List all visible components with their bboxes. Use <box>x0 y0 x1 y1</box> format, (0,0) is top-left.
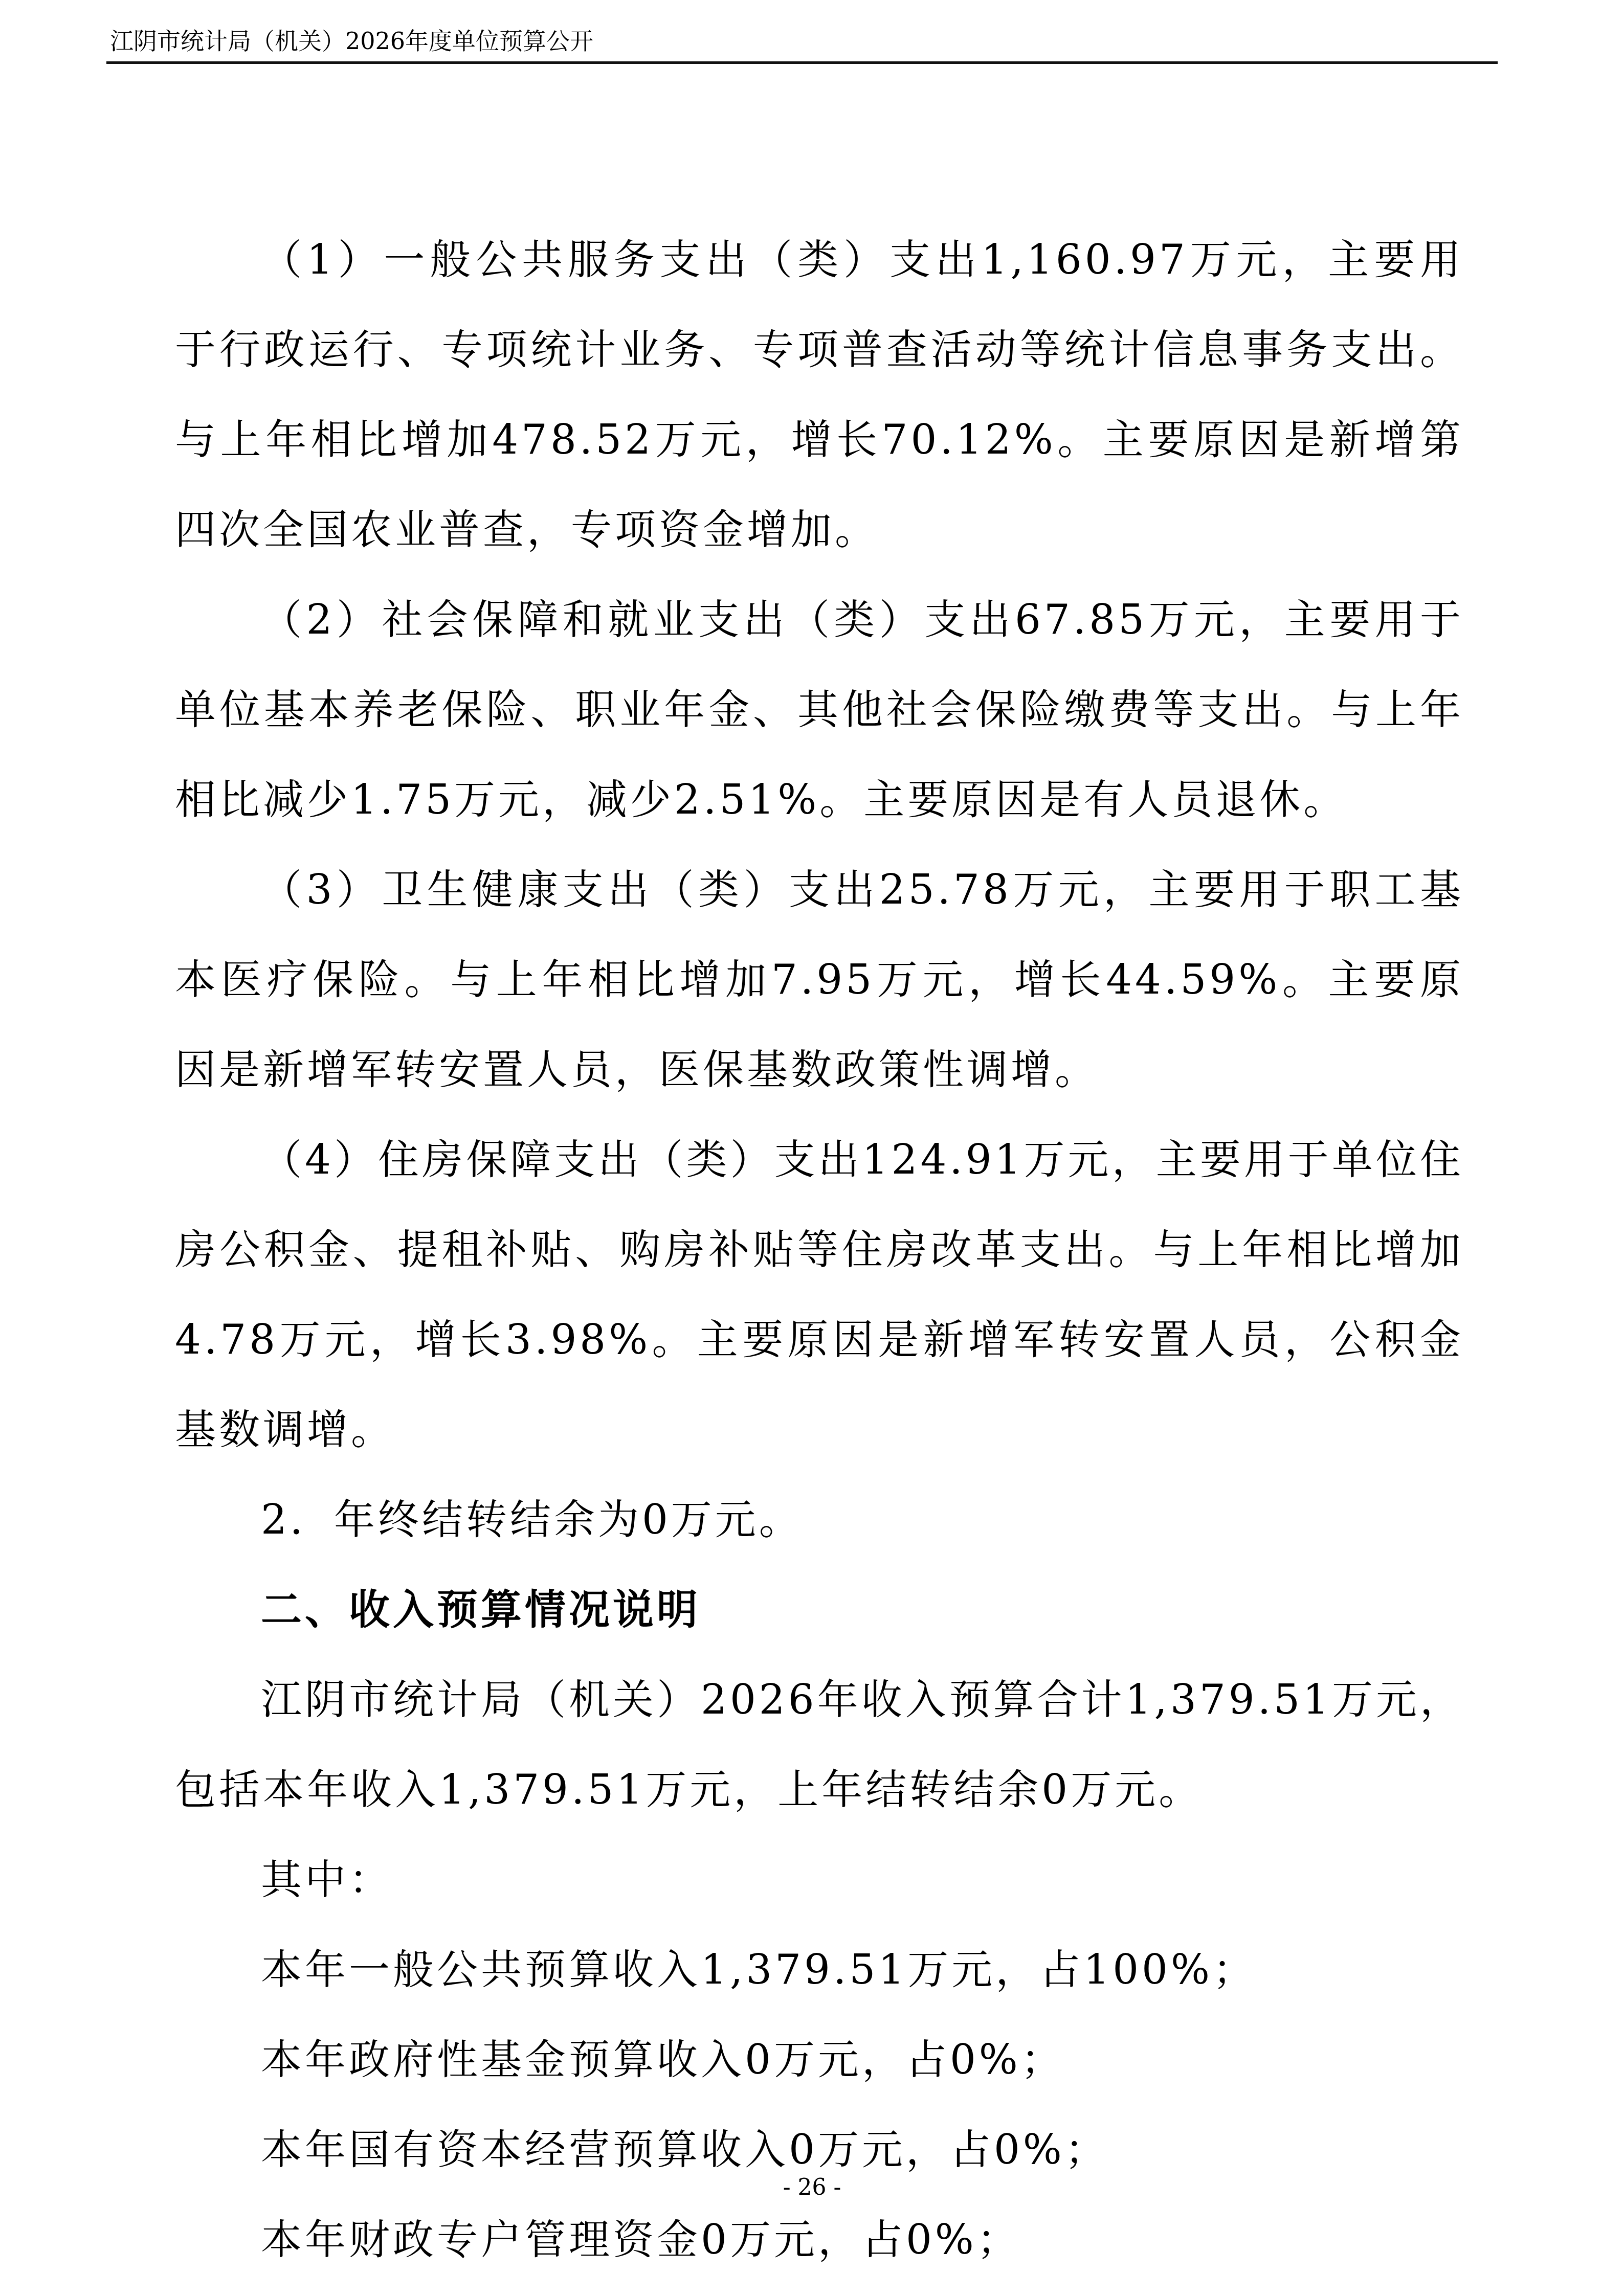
among-label: 其中： <box>175 1835 1464 1925</box>
expenditure-item-health: （3）卫生健康支出（类）支出25.78万元，主要用于职工基本医疗保险。与上年相比… <box>175 845 1464 1115</box>
expenditure-item-social-security: （2）社会保障和就业支出（类）支出67.85万元，主要用于单位基本养老保险、职业… <box>175 575 1464 845</box>
income-line-fiscal-special-account: 本年财政专户管理资金0万元，占0%； <box>175 2195 1464 2285</box>
section-heading-income-budget: 二、收入预算情况说明 <box>175 1565 1464 1655</box>
running-header: 江阴市统计局（机关）2026年度单位预算公开 <box>110 27 593 55</box>
income-summary: 江阴市统计局（机关）2026年收入预算合计1,379.51万元，包括本年收入1,… <box>175 1655 1464 1835</box>
header-rule <box>106 61 1498 64</box>
page-number: - 26 - <box>0 2173 1624 2202</box>
expenditure-item-general-public-services: （1）一般公共服务支出（类）支出1,160.97万元，主要用于行政运行、专项统计… <box>175 215 1464 575</box>
expenditure-item-housing: （4）住房保障支出（类）支出124.91万元，主要用于单位住房公积金、提租补贴、… <box>175 1115 1464 1475</box>
document-body: （1）一般公共服务支出（类）支出1,160.97万元，主要用于行政运行、专项统计… <box>175 215 1464 2285</box>
carryover-statement: 2．年终结转结余为0万元。 <box>175 1475 1464 1565</box>
income-line-general-public-budget: 本年一般公共预算收入1,379.51万元，占100%； <box>175 1925 1464 2015</box>
income-line-government-fund: 本年政府性基金预算收入0万元，占0%； <box>175 2015 1464 2105</box>
